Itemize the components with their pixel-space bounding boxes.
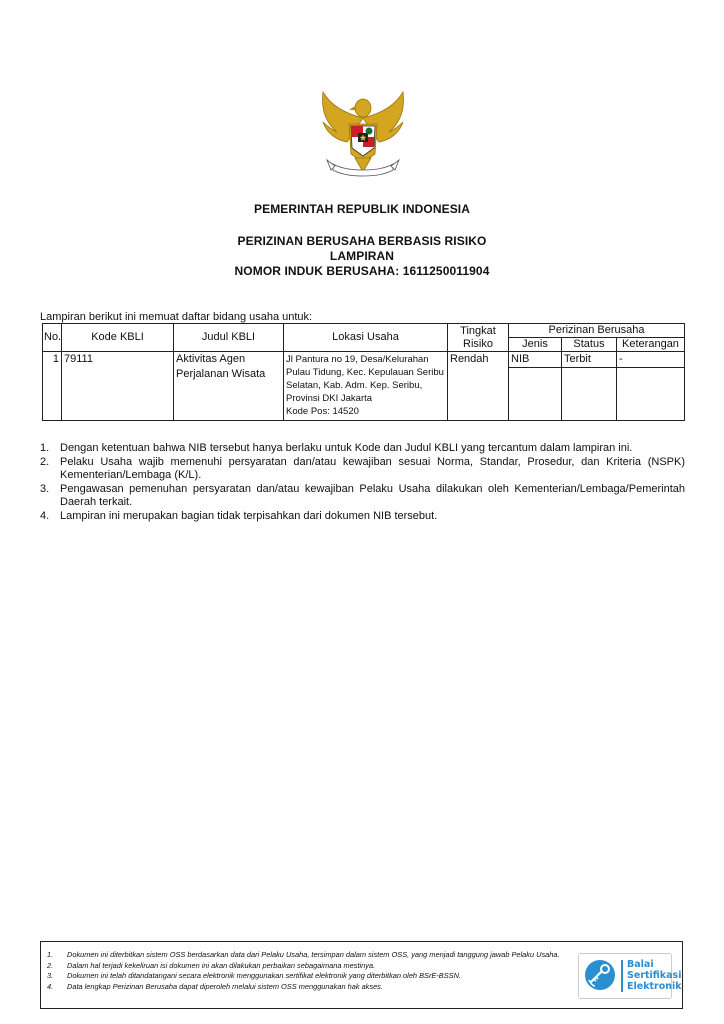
cell-lokasi-usaha: Jl Pantura no 19, Desa/Kelurahan Pulau T…	[284, 352, 448, 421]
note-item: 2.Pelaku Usaha wajib memenuhi persyarata…	[40, 456, 685, 483]
notes-list: 1.Dengan ketentuan bahwa NIB tersebut ha…	[40, 442, 685, 523]
cell-jenis: NIB	[509, 352, 562, 368]
nib-number: NOMOR INDUK BERUSAHA: 1611250011904	[0, 264, 724, 278]
footer-note-item: 4.Data lengkap Perizinan Berusaha dapat …	[47, 982, 577, 993]
cell-no: 1	[43, 352, 62, 421]
government-title: PEMERINTAH REPUBLIK INDONESIA	[0, 202, 724, 216]
footer-note-item: 1.Dokumen ini diterbitkan sistem OSS ber…	[47, 950, 577, 961]
cell-empty	[617, 368, 685, 421]
cell-tingkat-risiko: Rendah	[448, 352, 509, 421]
footer-notes-list: 1.Dokumen ini diterbitkan sistem OSS ber…	[41, 942, 577, 992]
bse-logo-text: Balai Sertifikasi Elektronik	[627, 959, 682, 992]
header-no: No.	[43, 324, 62, 352]
cell-empty	[562, 368, 617, 421]
cell-kode-kbli: 79111	[62, 352, 174, 421]
garuda-emblem-icon	[317, 88, 409, 184]
table-row: 1 79111 Aktivitas Agen Perjalanan Wisata…	[43, 352, 685, 368]
lokasi-line: Provinsi DKI Jakarta	[286, 392, 445, 405]
header-kode-kbli: Kode KBLI	[62, 324, 174, 352]
key-icon	[585, 960, 615, 990]
note-item: 4.Lampiran ini merupakan bagian tidak te…	[40, 510, 685, 524]
cell-keterangan: -	[617, 352, 685, 368]
header-lokasi-usaha: Lokasi Usaha	[284, 324, 448, 352]
lokasi-line: Selatan, Kab. Adm. Kep. Seribu,	[286, 379, 445, 392]
kbli-table: No. Kode KBLI Judul KBLI Lokasi Usaha Ti…	[42, 323, 685, 421]
note-item: 3.Pengawasan pemenuhan persyaratan dan/a…	[40, 483, 685, 510]
bse-logo: Balai Sertifikasi Elektronik	[578, 953, 672, 999]
note-item: 1.Dengan ketentuan bahwa NIB tersebut ha…	[40, 442, 685, 456]
header-keterangan: Keterangan	[617, 338, 685, 352]
footer-note-item: 3.Dokumen ini telah ditandatangani secar…	[47, 971, 577, 982]
lokasi-line: Kode Pos: 14520	[286, 405, 445, 418]
document-subtitle: LAMPIRAN	[0, 249, 724, 263]
document-title: PERIZINAN BERUSAHA BERBASIS RISIKO	[0, 234, 724, 248]
header-tingkat-risiko: Tingkat Risiko	[448, 324, 509, 352]
table-header-row: No. Kode KBLI Judul KBLI Lokasi Usaha Ti…	[43, 324, 685, 338]
footer-disclaimer-box: 1.Dokumen ini diterbitkan sistem OSS ber…	[40, 941, 683, 1009]
header-judul-kbli: Judul KBLI	[174, 324, 284, 352]
cell-status: Terbit	[562, 352, 617, 368]
cell-judul-kbli: Aktivitas Agen Perjalanan Wisata	[174, 352, 284, 421]
lokasi-line: Pulau Tidung, Kec. Kepulauan Seribu	[286, 366, 445, 379]
header-status: Status	[562, 338, 617, 352]
footer-note-item: 2.Dalam hal terjadi kekeliruan isi dokum…	[47, 961, 577, 972]
header-perizinan-berusaha: Perizinan Berusaha	[509, 324, 685, 338]
intro-text: Lampiran berikut ini memuat daftar bidan…	[40, 311, 312, 323]
logo-divider	[621, 960, 623, 992]
lokasi-line: Jl Pantura no 19, Desa/Kelurahan	[286, 353, 445, 366]
header-jenis: Jenis	[509, 338, 562, 352]
cell-empty	[509, 368, 562, 421]
